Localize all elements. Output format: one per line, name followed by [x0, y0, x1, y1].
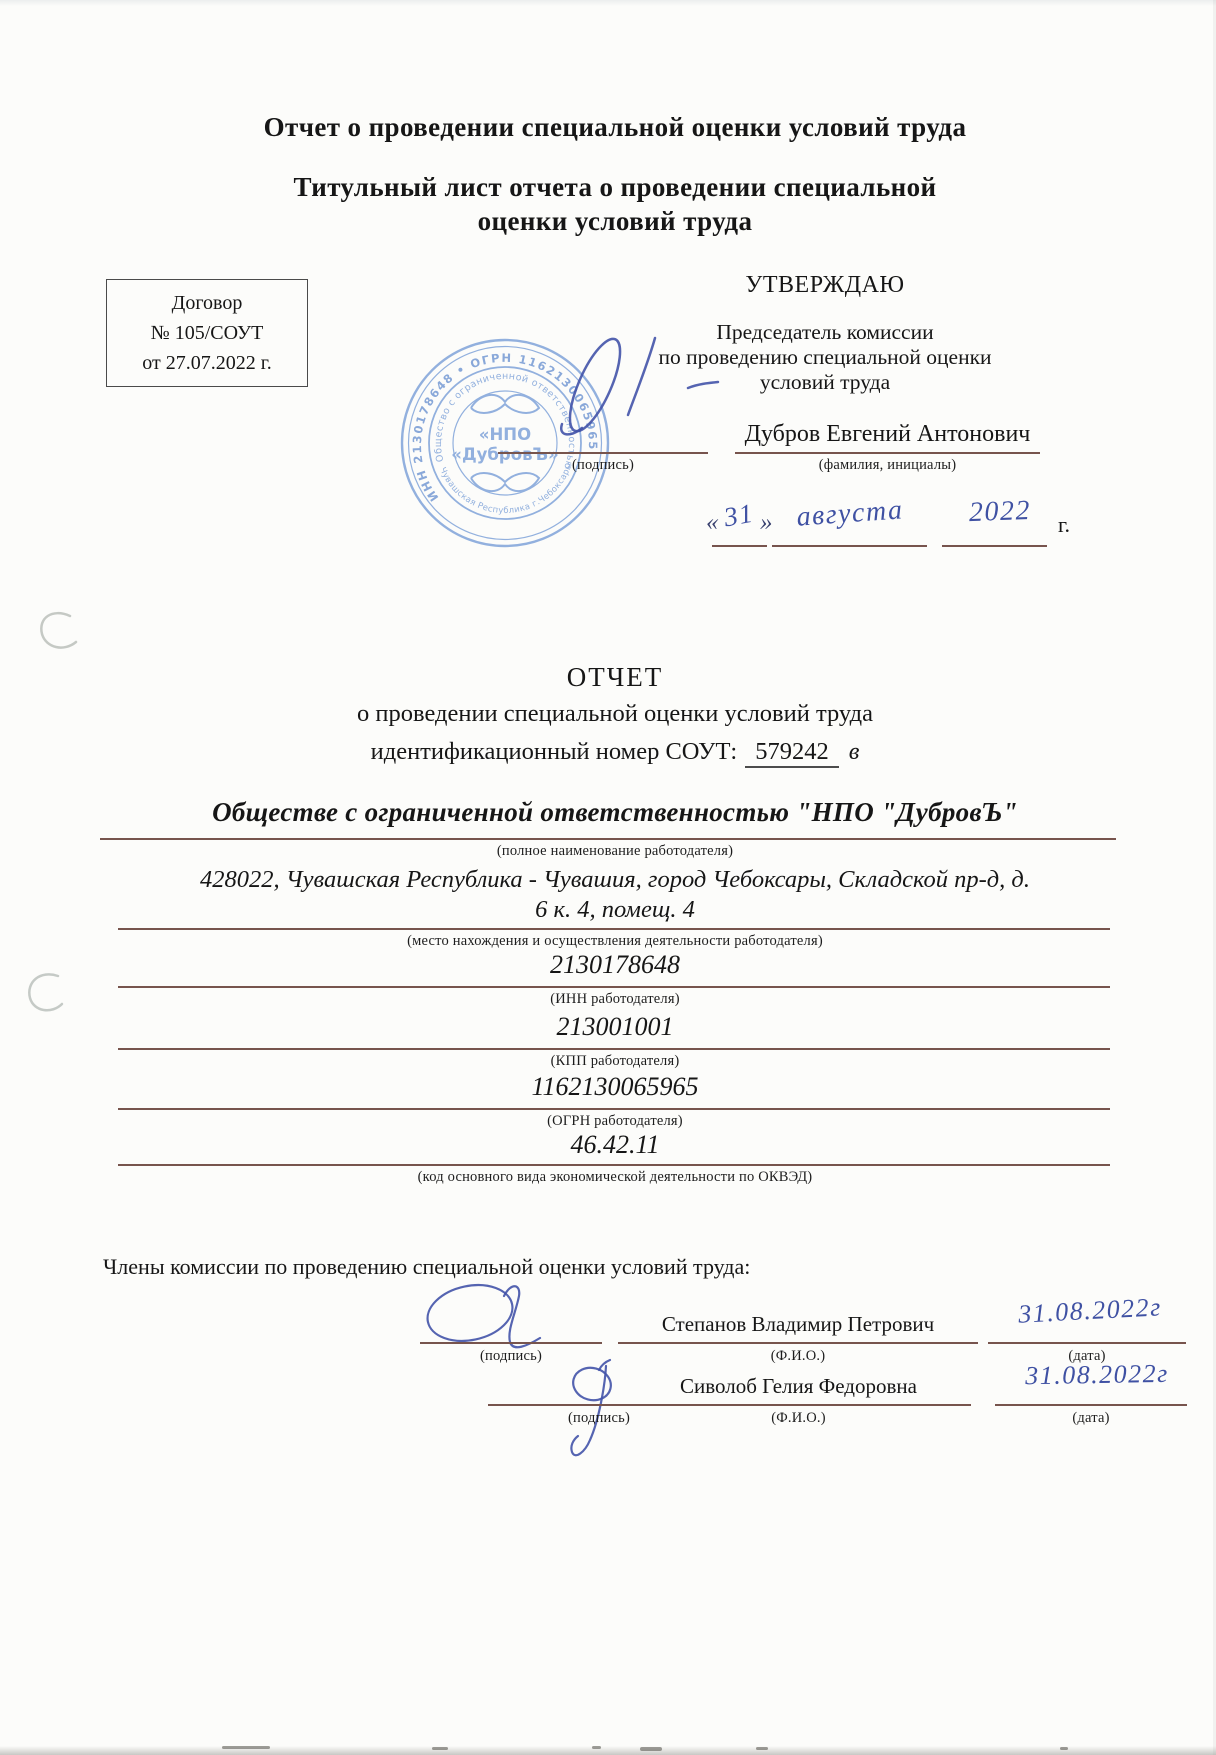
document-subtitle-line1: Титульный лист отчета о проведении специ… [60, 172, 1170, 203]
employer-inn-value: 2130178648 [60, 950, 1170, 980]
scan-smudge-mark-2 [20, 966, 68, 1016]
member1-name-caption: (Ф.И.О.) [618, 1348, 978, 1365]
scan-speck [640, 1747, 662, 1751]
employer-ogrn-caption: (ОГРН работодателя) [60, 1113, 1170, 1130]
report-heading: ОТЧЕТ [60, 662, 1170, 693]
employer-kpp-value: 213001001 [60, 1012, 1170, 1042]
scan-bottom-edge [0, 1746, 1216, 1755]
report-id-line: идентификационный номер СОУТ:579242в [60, 738, 1170, 766]
employer-name-underline [100, 838, 1116, 840]
member2-name-underline [626, 1404, 971, 1406]
document-subtitle-line2: оценки условий труда [60, 206, 1170, 237]
member1-signature-underline [420, 1342, 602, 1344]
scan-speck [1060, 1747, 1068, 1750]
employer-okved-underline [118, 1164, 1110, 1166]
member2-handwritten-date: 31.08.2022г [992, 1358, 1202, 1392]
report-id-value: 579242 [745, 738, 839, 768]
employer-address-line1: 428022, Чувашская Республика - Чувашия, … [60, 866, 1170, 894]
scan-speck [222, 1746, 270, 1749]
report-id-label: идентификационный номер СОУТ: [371, 738, 738, 765]
scan-smudge-mark-1 [30, 604, 80, 659]
employer-kpp-caption: (КПП работодателя) [60, 1053, 1170, 1070]
scan-speck [756, 1747, 768, 1750]
chairman-name: Дубров Евгений Антонович [735, 421, 1040, 448]
chairman-signature-caption: (подпись) [498, 457, 708, 474]
chairman-name-underline [735, 452, 1040, 454]
contract-number: № 105/СОУТ [151, 318, 264, 348]
handwritten-month: августа [769, 492, 931, 535]
member2-name-caption: (Ф.И.О.) [626, 1410, 971, 1427]
employer-kpp-underline [118, 1048, 1110, 1050]
scan-speck [432, 1747, 448, 1750]
member1-pen-signature [415, 1272, 565, 1357]
member2-date-underline [995, 1404, 1187, 1406]
employer-ogrn-underline [118, 1108, 1110, 1110]
contract-label: Договор [172, 288, 243, 318]
contract-box: Договор № 105/СОУТ от 27.07.2022 г. [106, 279, 308, 387]
contract-date: от 27.07.2022 г. [142, 348, 271, 378]
employer-name: Обществе с ограниченной ответственностью… [60, 797, 1170, 828]
employer-okved-caption: (код основного вида экономической деятел… [60, 1169, 1170, 1186]
stamp-bottom-flourish [471, 473, 539, 491]
employer-ogrn-value: 1162130065965 [60, 1072, 1170, 1102]
employer-address-caption: (место нахождения и осуществления деятел… [60, 933, 1170, 950]
chairman-name-caption: (фамилия, инициалы) [735, 457, 1040, 474]
member2-name: Сиволоб Гелия Федоровна [626, 1374, 971, 1399]
employer-name-caption: (полное наименование работодателя) [60, 843, 1170, 860]
handwritten-day: 31 [722, 498, 757, 534]
handwritten-year: 2022 [944, 494, 1055, 530]
employer-inn-caption: (ИНН работодателя) [60, 991, 1170, 1008]
member1-name: Степанов Владимир Петрович [618, 1312, 978, 1337]
document-title: Отчет о проведении специальной оценки ус… [60, 112, 1170, 143]
approval-heading: УТВЕРЖДАЮ [600, 272, 1050, 299]
chairman-pen-signature [520, 318, 740, 458]
member1-signature-loop [422, 1278, 517, 1349]
month-underline [772, 545, 927, 547]
scan-top-edge [0, 0, 1216, 6]
member1-name-underline [618, 1342, 978, 1344]
employer-address-line2: 6 к. 4, помещ. 4 [60, 896, 1170, 924]
member2-signature-loop [570, 1364, 615, 1405]
member1-date-underline [988, 1342, 1186, 1344]
pen-signature-slash [628, 338, 655, 415]
scanned-document-page: Отчет о проведении специальной оценки ус… [0, 0, 1216, 1755]
smudge-curve [41, 613, 76, 647]
pen-signature-dash [688, 382, 718, 388]
year-underline [942, 545, 1047, 547]
pen-signature-loop [560, 333, 630, 437]
day-underline [712, 545, 767, 547]
scan-speck [592, 1746, 601, 1749]
report-subheading: о проведении специальной оценки условий … [60, 700, 1170, 728]
report-id-suffix: в [849, 738, 860, 765]
member2-date-caption: (дата) [995, 1410, 1187, 1427]
employer-okved-value: 46.42.11 [60, 1130, 1170, 1160]
member1-handwritten-date: 31.08.2022г [984, 1291, 1195, 1332]
employer-address-underline [118, 928, 1110, 930]
date-open-quote: « [706, 509, 719, 537]
smudge-curve [29, 974, 62, 1010]
member2-signature-entry [599, 1360, 610, 1370]
date-year-suffix: г. [1058, 512, 1070, 538]
employer-inn-underline [118, 986, 1110, 988]
